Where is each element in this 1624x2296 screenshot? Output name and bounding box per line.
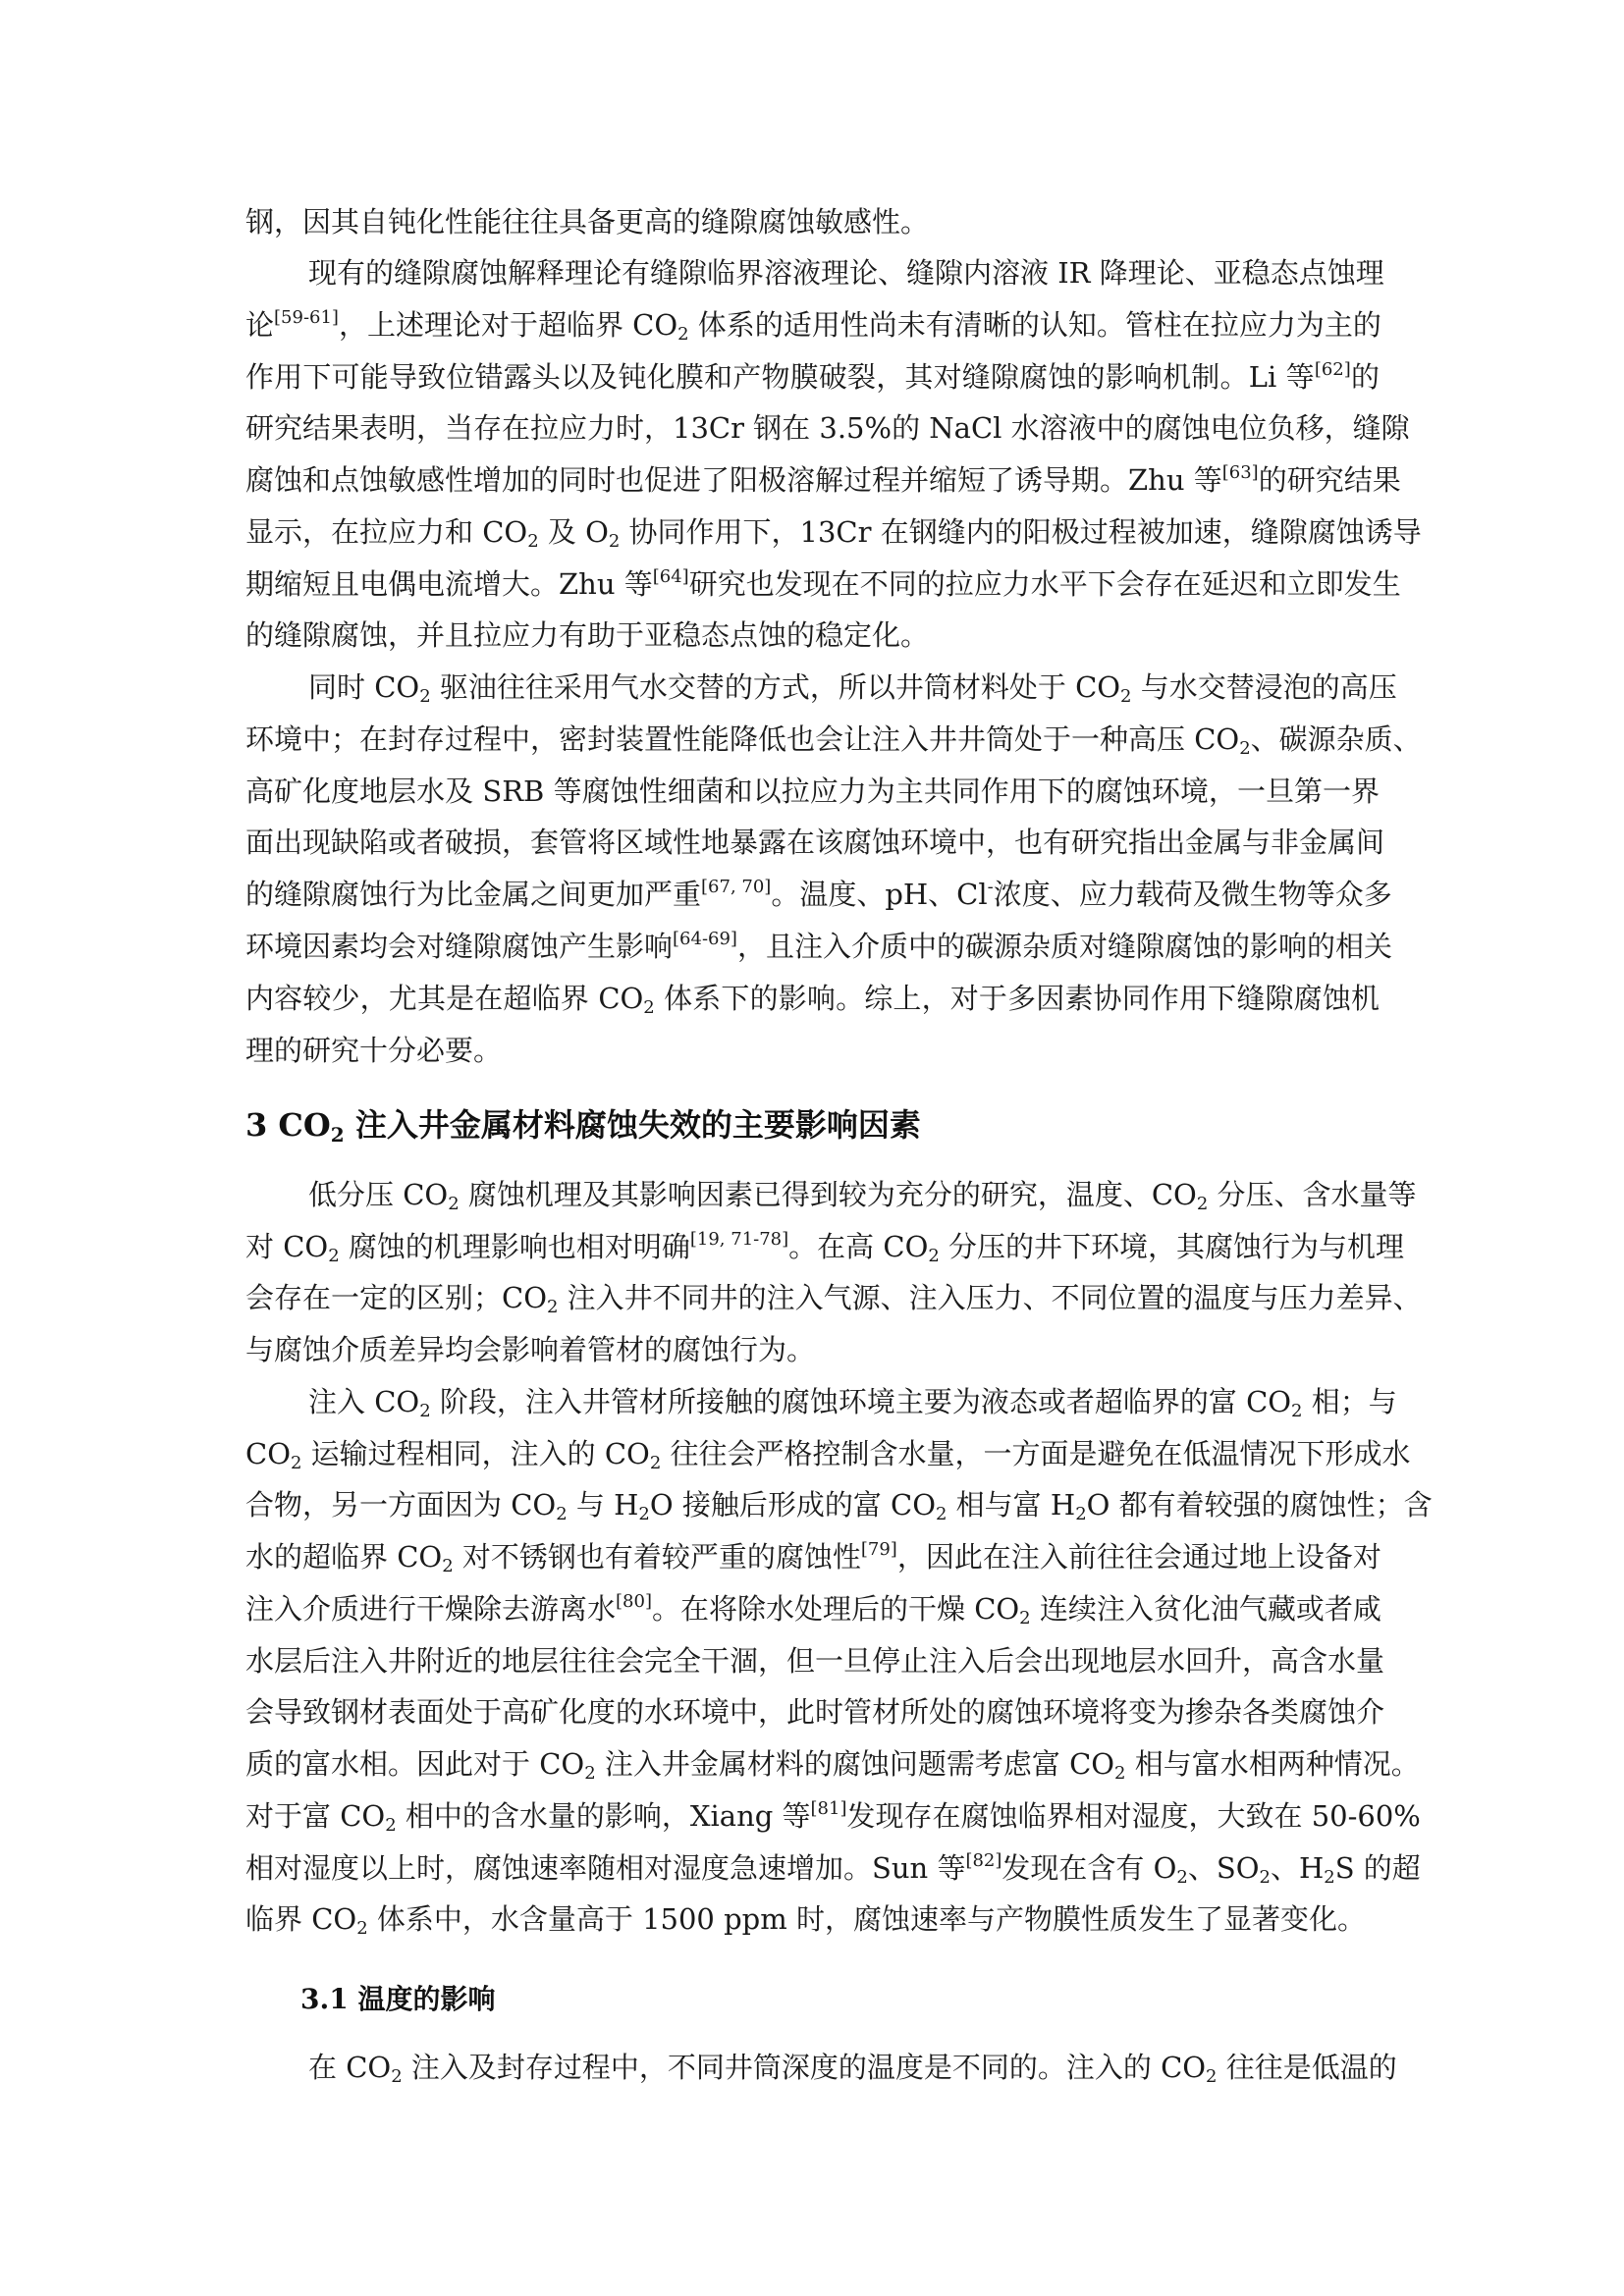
paragraph-line: 对于富 CO2 相中的含水量的影响，Xiang 等[81]发现存在腐蚀临界相对湿…: [245, 1790, 1380, 1842]
chem-subscript: 2: [1120, 686, 1131, 707]
chem-subscript: 2: [1324, 1867, 1334, 1888]
chem-subscript: 2: [677, 324, 688, 345]
chem-subscript: 2: [291, 1453, 301, 1473]
text-run: 。在高 CO: [788, 1230, 928, 1263]
citation-ref[interactable]: [81]: [811, 1798, 847, 1819]
text-run: 研究也发现在不同的拉应力水平下会存在延迟和立即发生: [689, 567, 1401, 601]
text-run: 与水交替浸泡的高压: [1132, 670, 1397, 704]
text-run: 、碳源杂质、: [1251, 722, 1422, 756]
text-run: 低分压 CO: [308, 1178, 448, 1211]
text-run: CO: [245, 1437, 291, 1470]
text-run: 协同作用下，13Cr 在钢缝内的阳极过程被加速，缝隙腐蚀诱导: [620, 515, 1421, 549]
paragraph-line: 注入 CO2 阶段，注入井管材所接触的腐蚀环境主要为液态或者超临界的富 CO2 …: [308, 1376, 1380, 1427]
paragraph-line: 环境中；在封存过程中，密封装置性能降低也会让注入井井筒处于一种高压 CO2、碳源…: [245, 714, 1380, 765]
text-run: 在 CO: [308, 2051, 391, 2084]
paragraph-line: 作用下可能导致位错露头以及钝化膜和产物膜破裂，其对缝隙腐蚀的影响机制。Li 等[…: [245, 351, 1380, 402]
text-run: 论: [245, 308, 274, 342]
text-run: 合物，另一方面因为 CO: [245, 1488, 556, 1522]
paragraph-line: 同时 CO2 驱油往往采用气水交替的方式，所以井筒材料处于 CO2 与水交替浸泡…: [308, 662, 1380, 713]
text-run: 往往是低温的: [1218, 2051, 1397, 2084]
paragraph-line: 期缩短且电偶电流增大。Zhu 等[64]研究也发现在不同的拉应力水平下会存在延迟…: [245, 559, 1380, 610]
text-run: 水的超临界 CO: [245, 1540, 442, 1574]
text-run: 。温度、pH、Cl: [771, 878, 987, 911]
text-run: 相与富 H: [947, 1488, 1075, 1522]
text-run: 理的研究十分必要。: [245, 1034, 502, 1067]
citation-ref[interactable]: [80]: [616, 1591, 652, 1612]
text-run: 与 H: [568, 1488, 639, 1522]
text-run: O 都有着较强的腐蚀性；含: [1087, 1488, 1433, 1522]
chem-subscript: 2: [328, 1246, 339, 1266]
text-run: 期缩短且电偶电流增大。Zhu 等: [245, 567, 653, 601]
citation-ref[interactable]: [79]: [861, 1539, 897, 1560]
text-run: 水层后注入井附近的地层往往会完全干涸，但一旦停止注入后会出现地层水回升，高含水量: [245, 1644, 1384, 1678]
text-run: 的缝隙腐蚀，并且拉应力有助于亚稳态点蚀的稳定化。: [245, 618, 929, 652]
text-run: 的缝隙腐蚀行为比金属之间更加严重: [245, 878, 701, 911]
text-run: 相对湿度以上时，腐蚀速率随相对湿度急速增加。Sun 等: [245, 1851, 965, 1885]
chem-subscript: 2: [638, 1504, 649, 1524]
text-run: 与腐蚀介质差异均会影响着管材的腐蚀行为。: [245, 1333, 815, 1366]
text-run: 体系下的影响。综上，对于多因素协同作用下缝隙腐蚀机: [655, 982, 1380, 1015]
chem-subscript: 2: [650, 1453, 661, 1473]
text-run: ，且注入介质中的碳源杂质对缝隙腐蚀的影响的相关: [737, 930, 1392, 963]
paragraph-line: 注入介质进行干燥除去游离水[80]。在将除水处理后的干燥 CO2 连续注入贫化油…: [245, 1583, 1380, 1634]
chem-subscript: 2: [527, 531, 538, 552]
paragraph-line: 高矿化度地层水及 SRB 等腐蚀性细菌和以拉应力为主共同作用下的腐蚀环境，一旦第…: [245, 766, 1380, 817]
text-run: 钢，因其自钝化性能往往具备更高的缝隙腐蚀敏感性。: [245, 205, 929, 239]
text-run: 腐蚀机理及其影响因素已得到较为充分的研究，温度、CO: [460, 1178, 1197, 1211]
text-run: 。在将除水处理后的干燥 CO: [652, 1592, 1019, 1626]
paragraph-line: 理的研究十分必要。: [245, 1025, 1380, 1076]
text-run: 相与富水相两种情况。: [1126, 1747, 1420, 1781]
text-run: 高矿化度地层水及 SRB 等腐蚀性细菌和以拉应力为主共同作用下的腐蚀环境，一旦第…: [245, 774, 1380, 808]
section-heading: 3 CO2 注入井金属材料腐蚀失效的主要影响因素: [245, 1103, 921, 1147]
chem-subscript: 2: [936, 1504, 947, 1524]
chem-subscript: 2: [1260, 1867, 1271, 1888]
text-run: 运输过程相同，注入的 CO: [301, 1437, 649, 1470]
paragraph-line: CO2 运输过程相同，注入的 CO2 往往会严格控制含水量，一方面是避免在低温情…: [245, 1428, 1380, 1479]
text-run: 环境因素均会对缝隙腐蚀产生影响: [245, 930, 673, 963]
paragraph-line: 面出现缺陷或者破损，套管将区域性地暴露在该腐蚀环境中，也有研究指出金属与非金属间: [245, 817, 1380, 868]
paragraph-line: 显示，在拉应力和 CO2 及 O2 协同作用下，13Cr 在钢缝内的阳极过程被加…: [245, 507, 1380, 558]
text-run: 发现在含有 O: [1001, 1851, 1176, 1885]
subsection-heading: 3.1 温度的影响: [300, 1980, 495, 2019]
text-run: 的研究结果: [1259, 463, 1401, 497]
chem-subscript: 2: [385, 1815, 396, 1836]
text-run: 临界 CO: [245, 1902, 356, 1936]
text-run: 质的富水相。因此对于 CO: [245, 1747, 584, 1781]
citation-ref[interactable]: [67, 70]: [701, 877, 771, 897]
paragraph-line: 临界 CO2 体系中，水含量高于 1500 ppm 时，腐蚀速率与产物膜性质发生…: [245, 1894, 1380, 1945]
paragraph-line: 钢，因其自钝化性能往往具备更高的缝隙腐蚀敏感性。: [245, 196, 1380, 247]
chem-subscript: 2: [556, 1504, 567, 1524]
chem-subscript: 2: [1176, 1867, 1187, 1888]
text-run: 及 O: [539, 515, 609, 549]
paragraph-line: 腐蚀和点蚀敏感性增加的同时也促进了阳极溶解过程并缩短了诱导期。Zhu 等[63]…: [245, 454, 1380, 506]
text-run: 体系中，水含量高于 1500 ppm 时，腐蚀速率与产物膜性质发生了显著变化。: [368, 1902, 1366, 1936]
text-run: 现有的缝隙腐蚀解释理论有缝隙临界溶液理论、缝隙内溶液 IR 降理论、亚稳态点蚀理: [308, 256, 1384, 290]
text-run: ，上述理论对于超临界 CO: [339, 308, 677, 342]
paragraph-line: 水的超临界 CO2 对不锈钢也有着较严重的腐蚀性[79]，因此在注入前往往会通过…: [245, 1531, 1380, 1582]
text-run: 注入介质进行干燥除去游离水: [245, 1592, 616, 1626]
paragraph-line: 水层后注入井附近的地层往往会完全干涸，但一旦停止注入后会出现地层水回升，高含水量: [245, 1635, 1380, 1686]
text-run: 对不锈钢也有着较严重的腐蚀性: [454, 1540, 861, 1574]
text-run: 腐蚀和点蚀敏感性增加的同时也促进了阳极溶解过程并缩短了诱导期。Zhu 等: [245, 463, 1222, 497]
chem-subscript: 2: [1075, 1504, 1086, 1524]
chem-subscript: 2: [419, 686, 430, 707]
text-run: 研究结果表明，当存在拉应力时，13Cr 钢在 3.5%的 NaCl 水溶液中的腐…: [245, 411, 1410, 445]
paragraph-line: 会存在一定的区别；CO2 注入井不同井的注入气源、注入压力、不同位置的温度与压力…: [245, 1272, 1380, 1323]
paragraph-line: 相对湿度以上时，腐蚀速率随相对湿度急速增加。Sun 等[82]发现在含有 O2、…: [245, 1842, 1380, 1894]
paragraph-line: 低分压 CO2 腐蚀机理及其影响因素已得到较为充分的研究，温度、CO2 分压、含…: [308, 1169, 1380, 1220]
text-run: 相；与: [1303, 1385, 1397, 1418]
chem-subscript: 2: [584, 1763, 595, 1784]
text-run: 驱油往往采用气水交替的方式，所以井筒材料处于 CO: [431, 670, 1120, 704]
chem-subscript: 2: [1019, 1608, 1030, 1629]
citation-ref[interactable]: [64-69]: [673, 929, 737, 949]
text-run: 环境中；在封存过程中，密封装置性能降低也会让注入井井筒处于一种高压 CO: [245, 722, 1239, 756]
paragraph-line: 的缝隙腐蚀，并且拉应力有助于亚稳态点蚀的稳定化。: [245, 610, 1380, 661]
chem-subscript: 2: [1114, 1763, 1125, 1784]
paragraph-line: 现有的缝隙腐蚀解释理论有缝隙临界溶液理论、缝隙内溶液 IR 降理论、亚稳态点蚀理: [308, 247, 1380, 298]
chem-subscript: 2: [1291, 1401, 1302, 1421]
citation-ref[interactable]: [64]: [653, 566, 689, 587]
text-run: 对 CO: [245, 1230, 328, 1263]
text-run: 作用下可能导致位错露头以及钝化膜和产物膜破裂，其对缝隙腐蚀的影响机制。Li 等: [245, 360, 1315, 394]
chem-subscript: 2: [391, 2066, 402, 2087]
paragraph-line: 合物，另一方面因为 CO2 与 H2O 接触后形成的富 CO2 相与富 H2O …: [245, 1479, 1380, 1530]
chem-subscript: 2: [356, 1918, 367, 1939]
chem-subscript: 2: [419, 1401, 430, 1421]
text-run: 、SO: [1188, 1851, 1260, 1885]
paragraph-line: 内容较少，尤其是在超临界 CO2 体系下的影响。综上，对于多因素协同作用下缝隙腐…: [245, 973, 1380, 1024]
chem-subscript: 2: [1239, 738, 1250, 759]
text-run: 注入井不同井的注入气源、注入压力、不同位置的温度与压力差异、: [558, 1281, 1421, 1314]
text-run: 会存在一定的区别；CO: [245, 1281, 547, 1314]
text-run: 显示，在拉应力和 CO: [245, 515, 527, 549]
text-run: 分压、含水量等: [1208, 1178, 1416, 1211]
paragraph-line: 会导致钢材表面处于高矿化度的水环境中，此时管材所处的腐蚀环境将变为掺杂各类腐蚀介: [245, 1686, 1380, 1737]
citation-ref[interactable]: [82]: [965, 1850, 1001, 1871]
text-run: 注入及封存过程中，不同井筒深度的温度是不同的。注入的 CO: [403, 2051, 1206, 2084]
paragraph-line: 对 CO2 腐蚀的机理影响也相对明确[19, 71-78]。在高 CO2 分压的…: [245, 1221, 1380, 1272]
text-run: 阶段，注入井管材所接触的腐蚀环境主要为液态或者超临界的富 CO: [431, 1385, 1291, 1418]
chem-subscript: 2: [609, 531, 620, 552]
text-run: 腐蚀的机理影响也相对明确: [340, 1230, 690, 1263]
text-run: S 的超: [1335, 1851, 1421, 1885]
chem-subscript: 2: [448, 1194, 459, 1214]
text-run: 的: [1351, 360, 1380, 394]
paragraph-line: 环境因素均会对缝隙腐蚀产生影响[64-69]，且注入介质中的碳源杂质对缝隙腐蚀的…: [245, 921, 1380, 972]
text-run: 内容较少，尤其是在超临界 CO: [245, 982, 643, 1015]
paragraph-line: 的缝隙腐蚀行为比金属之间更加严重[67, 70]。温度、pH、Cl-浓度、应力载…: [245, 869, 1380, 920]
document-page: 钢，因其自钝化性能往往具备更高的缝隙腐蚀敏感性。 现有的缝隙腐蚀解释理论有缝隙临…: [0, 0, 1624, 2296]
paragraph-line: 在 CO2 注入及封存过程中，不同井筒深度的温度是不同的。注入的 CO2 往往是…: [308, 2042, 1380, 2093]
text-run: 分压的井下环境，其腐蚀行为与机理: [940, 1230, 1404, 1263]
text-run: 浓度、应力载荷及微生物等众多: [994, 878, 1392, 911]
citation-ref[interactable]: [63]: [1222, 462, 1259, 483]
citation-ref[interactable]: [62]: [1315, 359, 1351, 380]
text-run: 往往会严格控制含水量，一方面是避免在低温情况下形成水: [661, 1437, 1410, 1470]
chem-subscript: 2: [928, 1246, 939, 1266]
text-run: 面出现缺陷或者破损，套管将区域性地暴露在该腐蚀环境中，也有研究指出金属与非金属间: [245, 826, 1384, 859]
chem-subscript: 2: [1206, 2066, 1217, 2087]
text-run: 对于富 CO: [245, 1799, 385, 1833]
text-run: 、H: [1271, 1851, 1324, 1885]
text-run: 相中的含水量的影响，Xiang 等: [397, 1799, 811, 1833]
text-run: 体系的适用性尚未有清晰的认知。管柱在拉应力为主的: [689, 308, 1381, 342]
text-run: 连续注入贫化油气藏或者咸: [1031, 1592, 1381, 1626]
text-run: 注入井金属材料的腐蚀问题需考虑富 CO: [596, 1747, 1114, 1781]
text-run: 会导致钢材表面处于高矿化度的水环境中，此时管材所处的腐蚀环境将变为掺杂各类腐蚀介: [245, 1695, 1384, 1729]
paragraph-line: 质的富水相。因此对于 CO2 注入井金属材料的腐蚀问题需考虑富 CO2 相与富水…: [245, 1738, 1380, 1789]
citation-ref[interactable]: [59-61]: [274, 307, 339, 328]
chem-subscript: 2: [643, 997, 654, 1018]
chem-subscript: 2: [547, 1297, 558, 1317]
text-run: 注入 CO: [308, 1385, 419, 1418]
citation-ref[interactable]: [19, 71-78]: [690, 1229, 788, 1250]
paragraph-line: 论[59-61]，上述理论对于超临界 CO2 体系的适用性尚未有清晰的认知。管柱…: [245, 299, 1380, 350]
text-run: 发现存在腐蚀临界相对湿度，大致在 50-60%: [846, 1799, 1420, 1833]
chem-subscript: 2: [442, 1556, 453, 1576]
text-run: ，因此在注入前往往会通过地上设备对: [897, 1540, 1381, 1574]
paragraph-line: 研究结果表明，当存在拉应力时，13Cr 钢在 3.5%的 NaCl 水溶液中的腐…: [245, 402, 1380, 454]
text-run: 同时 CO: [308, 670, 419, 704]
text-run: O 接触后形成的富 CO: [650, 1488, 936, 1522]
paragraph-line: 与腐蚀介质差异均会影响着管材的腐蚀行为。: [245, 1324, 1380, 1375]
chem-subscript: 2: [1197, 1194, 1208, 1214]
